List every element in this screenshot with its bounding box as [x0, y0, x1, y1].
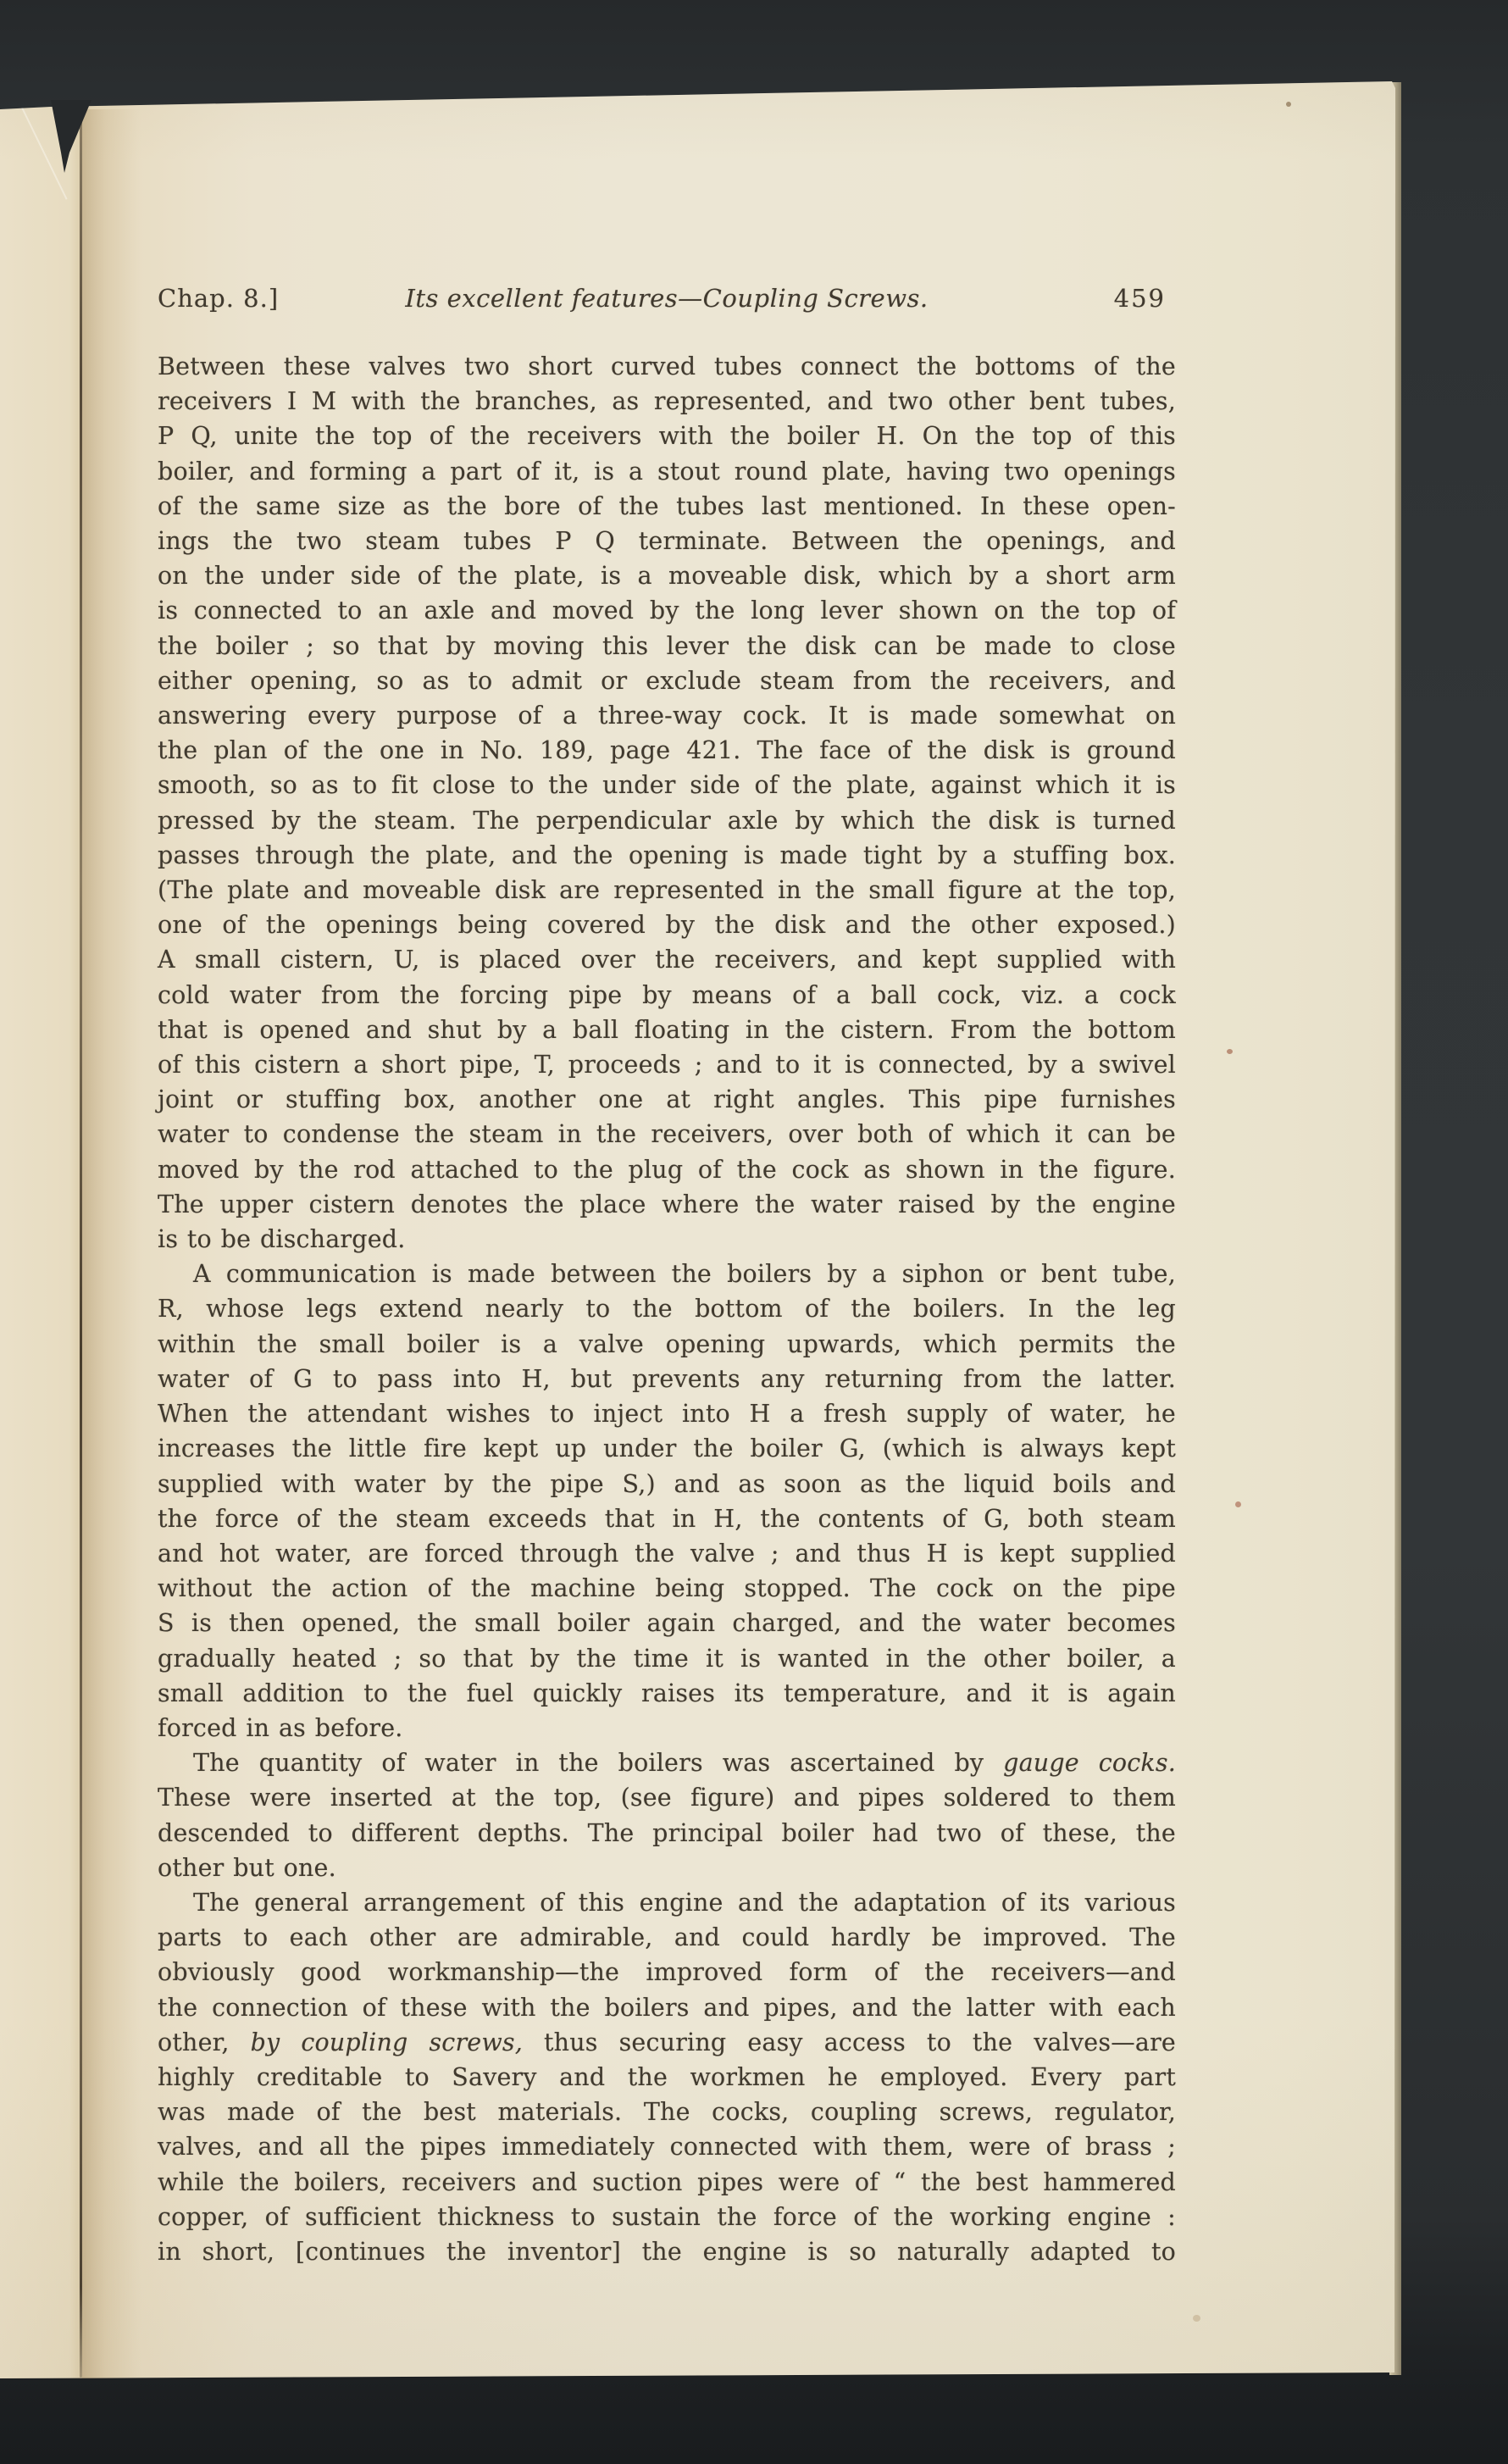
text-line: The general arrangement of this engine a…: [158, 1885, 1176, 1920]
paragraph: Between these valves two short curved tu…: [158, 349, 1176, 1257]
text-line: small addition to the fuel quickly raise…: [158, 1676, 1176, 1711]
text-line: pressed by the steam. The perpendicular …: [158, 803, 1176, 838]
text-line: the plan of the one in No. 189, page 421…: [158, 733, 1176, 768]
text-line: copper, of sufficient thickness to susta…: [158, 2200, 1176, 2234]
paper-speck: [1235, 1501, 1241, 1507]
text-line: the connection of these with the boilers…: [158, 1990, 1176, 2025]
text-line: on the under side of the plate, is a mov…: [158, 558, 1176, 593]
text-line: forced in as before.: [158, 1711, 1176, 1745]
text-line: cold water from the forcing pipe by mean…: [158, 978, 1176, 1013]
text-line: A small cistern, U, is placed over the r…: [158, 942, 1176, 977]
book-page: Chap. 8.] Its excellent features—Couplin…: [0, 0, 1397, 2464]
text-line: gradually heated ; so that by the time i…: [158, 1641, 1176, 1676]
text-line: of this cistern a short pipe, T, proceed…: [158, 1047, 1176, 1082]
text-line: and hot water, are forced through the va…: [158, 1536, 1176, 1571]
paragraph: The general arrangement of this engine a…: [158, 1885, 1176, 2269]
text-line: When the attendant wishes to inject into…: [158, 1396, 1176, 1431]
text-line: in short, [continues the inventor] the e…: [158, 2234, 1176, 2269]
gutter-shadow: [82, 109, 141, 2378]
text-line: without the action of the machine being …: [158, 1571, 1176, 1606]
book-scan: Chap. 8.] Its excellent features—Couplin…: [0, 0, 1508, 2464]
gutter-crease: [80, 110, 82, 2378]
text-line: joint or stuffing box, another one at ri…: [158, 1082, 1176, 1117]
text-line: water of G to pass into H, but prevents …: [158, 1362, 1176, 1396]
text-line: that is opened and shut by a ball floati…: [158, 1013, 1176, 1047]
text-line: parts to each other are admirable, and c…: [158, 1920, 1176, 1955]
text-line: answering every purpose of a three-way c…: [158, 698, 1176, 733]
text-line: ings the two steam tubes P Q terminate. …: [158, 524, 1176, 558]
text-line: receivers I M with the branches, as repr…: [158, 384, 1176, 419]
text-line: the force of the steam exceeds that in H…: [158, 1501, 1176, 1536]
paper-speck: [1193, 2315, 1200, 2322]
text-line: one of the openings being covered by the…: [158, 907, 1176, 942]
text-line: is connected to an axle and moved by the…: [158, 593, 1176, 628]
text-line: passes through the plate, and the openin…: [158, 838, 1176, 873]
paper-speck: [1227, 1049, 1233, 1054]
text-line: R, whose legs extend nearly to the botto…: [158, 1291, 1176, 1326]
text-line: S is then opened, the small boiler again…: [158, 1606, 1176, 1640]
text-line: These were inserted at the top, (see fig…: [158, 1780, 1176, 1815]
text-line: P Q, unite the top of the receivers with…: [158, 419, 1176, 453]
text-line: Between these valves two short curved tu…: [158, 349, 1176, 384]
text-line: is to be discharged.: [158, 1222, 1176, 1257]
text-line: moved by the rod attached to the plug of…: [158, 1152, 1176, 1187]
text-line: other but one.: [158, 1851, 1176, 1885]
text-line: within the small boiler is a valve openi…: [158, 1327, 1176, 1362]
text-line: of the same size as the bore of the tube…: [158, 489, 1176, 524]
text-line: obviously good workmanship—the improved …: [158, 1955, 1176, 1990]
text-line: supplied with water by the pipe S,) and …: [158, 1467, 1176, 1501]
text-line: highly creditable to Savery and the work…: [158, 2060, 1176, 2095]
text-line: water to condense the steam in the recei…: [158, 1117, 1176, 1152]
text-line: increases the little fire kept up under …: [158, 1431, 1176, 1466]
text-line: either opening, so as to admit or exclud…: [158, 663, 1176, 698]
text-line: boiler, and forming a part of it, is a s…: [158, 454, 1176, 489]
text-line: valves, and all the pipes immediately co…: [158, 2129, 1176, 2164]
page-number: 459: [1114, 280, 1166, 317]
text-line: was made of the best materials. The cock…: [158, 2095, 1176, 2129]
paper-speck: [1286, 102, 1291, 107]
paragraph: The quantity of water in the boilers was…: [158, 1745, 1176, 1885]
text-line: while the boilers, receivers and suction…: [158, 2165, 1176, 2200]
running-title: Its excellent features—Coupling Screws.: [158, 280, 1176, 317]
text-line: other, by coupling screws, thus securing…: [158, 2025, 1176, 2060]
paragraph: A communication is made between the boil…: [158, 1257, 1176, 1745]
text-line: smooth, so as to fit close to the under …: [158, 768, 1176, 802]
text-line: the boiler ; so that by moving this leve…: [158, 629, 1176, 663]
text-line: The upper cistern denotes the place wher…: [158, 1187, 1176, 1222]
text-line: A communication is made between the boil…: [158, 1257, 1176, 1291]
body-text: Between these valves two short curved tu…: [158, 349, 1176, 2269]
text-line: The quantity of water in the boilers was…: [158, 1745, 1176, 1780]
text-line: (The plate and moveable disk are represe…: [158, 873, 1176, 907]
text-line: descended to different depths. The princ…: [158, 1816, 1176, 1851]
page-header: Chap. 8.] Its excellent features—Couplin…: [158, 280, 1176, 319]
